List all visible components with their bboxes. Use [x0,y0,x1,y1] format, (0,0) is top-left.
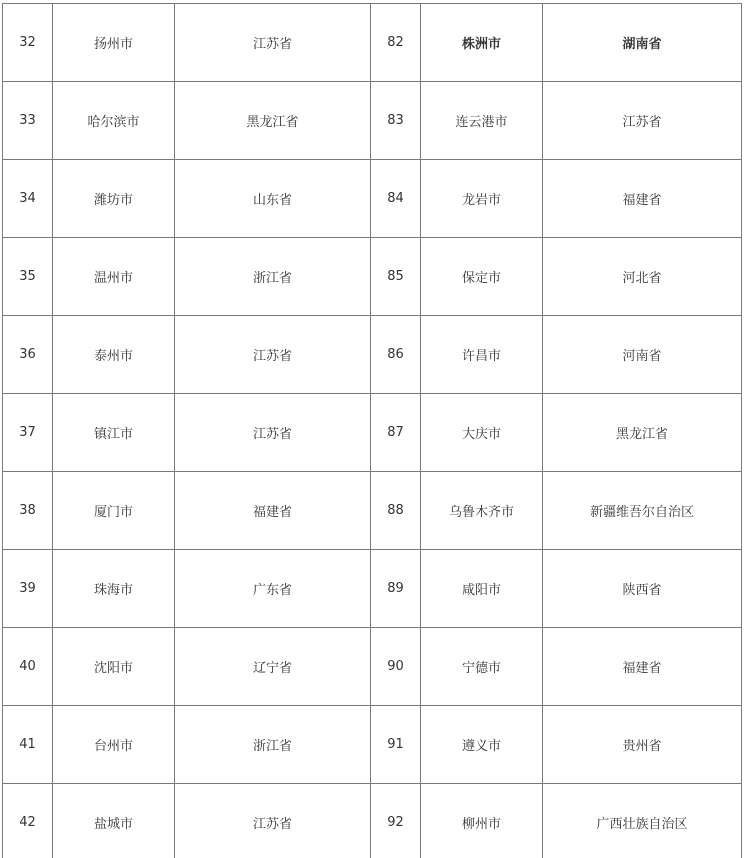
table-row: 39珠海市广东省89咸阳市陕西省 [3,550,742,628]
province-cell: 福建省 [175,472,371,550]
province-cell: 广西壮族自治区 [543,784,742,858]
province-cell: 湖南省 [543,4,742,82]
province-cell: 福建省 [543,160,742,238]
city-cell: 盐城市 [53,784,175,858]
city-cell: 扬州市 [53,4,175,82]
province-cell: 江苏省 [175,784,371,858]
city-cell: 柳州市 [421,784,543,858]
table-row: 41台州市浙江省91遵义市贵州省 [3,706,742,784]
rank-cell: 91 [371,706,421,784]
rank-cell: 40 [3,628,53,706]
province-cell: 辽宁省 [175,628,371,706]
city-cell: 株洲市 [421,4,543,82]
province-cell: 广东省 [175,550,371,628]
table-row: 42盐城市江苏省92柳州市广西壮族自治区 [3,784,742,858]
city-cell: 保定市 [421,238,543,316]
rank-cell: 90 [371,628,421,706]
rank-cell: 84 [371,160,421,238]
rank-cell: 86 [371,316,421,394]
rank-cell: 88 [371,472,421,550]
rank-cell: 89 [371,550,421,628]
table-row: 35温州市浙江省85保定市河北省 [3,238,742,316]
province-cell: 江苏省 [175,394,371,472]
rank-cell: 41 [3,706,53,784]
table-body: 32扬州市江苏省82株洲市湖南省33哈尔滨市黑龙江省83连云港市江苏省34潍坊市… [3,4,742,858]
province-cell: 江苏省 [175,4,371,82]
rank-cell: 83 [371,82,421,160]
province-cell: 浙江省 [175,706,371,784]
rank-cell: 87 [371,394,421,472]
city-cell: 咸阳市 [421,550,543,628]
city-cell: 龙岩市 [421,160,543,238]
table-row: 32扬州市江苏省82株洲市湖南省 [3,4,742,82]
province-cell: 陕西省 [543,550,742,628]
table-row: 33哈尔滨市黑龙江省83连云港市江苏省 [3,82,742,160]
province-cell: 黑龙江省 [175,82,371,160]
city-cell: 连云港市 [421,82,543,160]
table-row: 36泰州市江苏省86许昌市河南省 [3,316,742,394]
table-row: 37镇江市江苏省87大庆市黑龙江省 [3,394,742,472]
rank-cell: 38 [3,472,53,550]
province-cell: 浙江省 [175,238,371,316]
city-cell: 珠海市 [53,550,175,628]
rank-cell: 36 [3,316,53,394]
rank-cell: 34 [3,160,53,238]
city-cell: 宁德市 [421,628,543,706]
table-row: 34潍坊市山东省84龙岩市福建省 [3,160,742,238]
city-cell: 哈尔滨市 [53,82,175,160]
city-cell: 潍坊市 [53,160,175,238]
city-cell: 温州市 [53,238,175,316]
province-cell: 河北省 [543,238,742,316]
rank-cell: 33 [3,82,53,160]
city-cell: 许昌市 [421,316,543,394]
province-cell: 山东省 [175,160,371,238]
city-ranking-table: 32扬州市江苏省82株洲市湖南省33哈尔滨市黑龙江省83连云港市江苏省34潍坊市… [2,3,742,858]
rank-cell: 82 [371,4,421,82]
city-cell: 乌鲁木齐市 [421,472,543,550]
city-cell: 泰州市 [53,316,175,394]
rank-cell: 85 [371,238,421,316]
province-cell: 江苏省 [543,82,742,160]
city-cell: 镇江市 [53,394,175,472]
city-cell: 厦门市 [53,472,175,550]
table-row: 38厦门市福建省88乌鲁木齐市新疆维吾尔自治区 [3,472,742,550]
rank-cell: 35 [3,238,53,316]
province-cell: 贵州省 [543,706,742,784]
city-cell: 大庆市 [421,394,543,472]
province-cell: 新疆维吾尔自治区 [543,472,742,550]
rank-cell: 39 [3,550,53,628]
rank-cell: 32 [3,4,53,82]
city-cell: 遵义市 [421,706,543,784]
city-cell: 台州市 [53,706,175,784]
city-cell: 沈阳市 [53,628,175,706]
province-cell: 河南省 [543,316,742,394]
province-cell: 江苏省 [175,316,371,394]
rank-cell: 92 [371,784,421,858]
rank-cell: 37 [3,394,53,472]
province-cell: 黑龙江省 [543,394,742,472]
province-cell: 福建省 [543,628,742,706]
rank-cell: 42 [3,784,53,858]
table-row: 40沈阳市辽宁省90宁德市福建省 [3,628,742,706]
